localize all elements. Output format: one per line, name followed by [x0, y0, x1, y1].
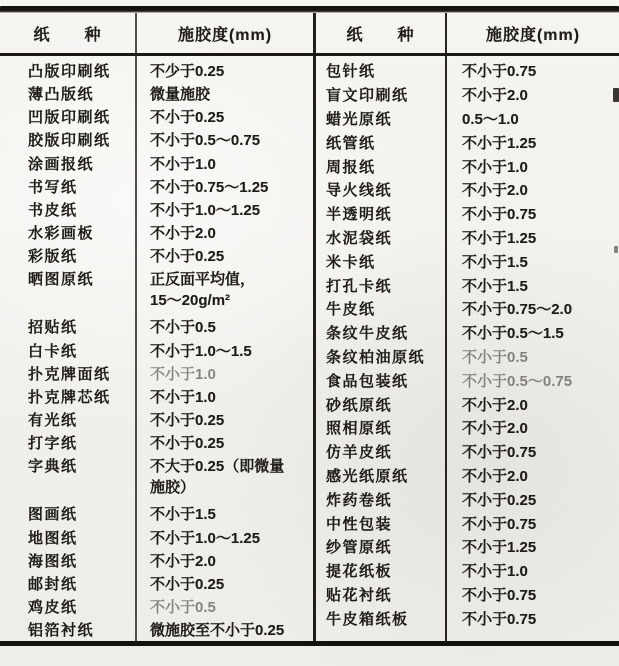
- sizing-value-cell: 不小于1.5: [137, 502, 313, 525]
- header-sizing-degree-right: 施胶度(mm): [445, 13, 619, 53]
- sizing-value-cell: 不小于1.0～1.5: [137, 339, 313, 362]
- sizing-value-cell: 不小于0.5: [137, 595, 313, 618]
- paper-type-cell: 仿羊皮纸: [316, 440, 445, 464]
- paper-type-cell: 字典纸: [0, 454, 135, 502]
- paper-type-cell: 贴花衬纸: [316, 583, 445, 607]
- paper-type-cell: 包针纸: [316, 59, 445, 83]
- paper-type-cell: 感光纸原纸: [316, 464, 445, 488]
- right-sizing-value-column: 不小于0.75不小于2.00.5～1.0不小于1.25不小于1.0不小于2.0不…: [445, 56, 619, 641]
- paper-type-cell: 铝箔衬纸: [0, 618, 135, 641]
- sizing-value-cell: 不小于1.0: [137, 385, 313, 408]
- paper-type-cell: 书写纸: [0, 175, 135, 198]
- sizing-value-cell: 不小于2.0: [137, 549, 313, 572]
- sizing-value-cell: 不小于1.25: [447, 535, 619, 559]
- paper-type-cell: 扑克牌芯纸: [0, 385, 135, 408]
- sizing-value-cell: 不小于0.75: [447, 583, 619, 607]
- sizing-value-cell: 不小于2.0: [447, 416, 619, 440]
- paper-type-cell: 蜡光原纸: [316, 107, 445, 131]
- paper-type-cell: 图画纸: [0, 502, 135, 525]
- paper-type-cell: 白卡纸: [0, 339, 135, 362]
- sizing-value-cell: 0.5～1.0: [447, 107, 619, 131]
- paper-type-cell: 彩版纸: [0, 244, 135, 267]
- paper-type-cell: 打孔卡纸: [316, 273, 445, 297]
- paper-type-cell: 水泥袋纸: [316, 226, 445, 250]
- sizing-value-cell: 不小于1.0: [137, 152, 313, 175]
- paper-type-cell: 薄凸版纸: [0, 82, 135, 105]
- sizing-value-cell: 不小于0.25: [447, 487, 619, 511]
- paper-type-cell: 条纹柏油原纸: [316, 345, 445, 369]
- sizing-value-cell: 不小于0.5～0.75: [447, 368, 619, 392]
- sizing-value-cell: 不小于0.75: [447, 440, 619, 464]
- paper-type-cell: 打字纸: [0, 431, 135, 454]
- paper-type-cell: 纱管原纸: [316, 535, 445, 559]
- paper-type-cell: 凸版印刷纸: [0, 59, 135, 82]
- sizing-value-cell: 不小于0.25: [137, 105, 313, 128]
- paper-type-cell: 扑克牌面纸: [0, 362, 135, 385]
- sizing-value-cell: 不小于0.5: [137, 315, 313, 338]
- scanned-table-page: 纸 种 施胶度(mm) 纸 种 施胶度(mm) 凸版印刷纸薄凸版纸凹版印刷纸胶版…: [0, 0, 619, 666]
- sizing-value-cell: 不小于1.0～1.25: [137, 198, 313, 221]
- header-sizing-degree-left: 施胶度(mm): [135, 13, 313, 53]
- sizing-value-cell: 不小于1.0～1.25: [137, 526, 313, 549]
- paper-type-cell: 凹版印刷纸: [0, 105, 135, 128]
- paper-type-cell: 水彩画板: [0, 221, 135, 244]
- paper-type-cell: 牛皮箱纸板: [316, 606, 445, 630]
- sizing-value-cell: 不大于0.25（即微量 施胶）: [137, 454, 313, 502]
- sizing-value-cell: 不少于0.25: [137, 59, 313, 82]
- paper-type-cell: 盲文印刷纸: [316, 83, 445, 107]
- paper-type-cell: 晒图原纸: [0, 267, 135, 315]
- sizing-value-cell: 不小于0.75: [447, 202, 619, 226]
- paper-type-cell: 导火线纸: [316, 178, 445, 202]
- table-body: 凸版印刷纸薄凸版纸凹版印刷纸胶版印刷纸涂画报纸书写纸书皮纸水彩画板彩版纸晒图原纸…: [0, 56, 619, 641]
- sizing-value-cell: 不小于0.25: [137, 431, 313, 454]
- paper-type-cell: 提花纸板: [316, 559, 445, 583]
- right-paper-type-column: 包针纸盲文印刷纸蜡光原纸纸管纸周报纸导火线纸半透明纸水泥袋纸米卡纸打孔卡纸牛皮纸…: [313, 56, 445, 641]
- paper-type-cell: 炸药卷纸: [316, 487, 445, 511]
- sizing-value-cell: 不小于0.75: [447, 59, 619, 83]
- sizing-value-cell: 不小于0.25: [137, 572, 313, 595]
- sizing-value-cell: 不小于0.75～2.0: [447, 297, 619, 321]
- sizing-value-cell: 不小于0.25: [137, 244, 313, 267]
- sizing-value-cell: 不小于0.25: [137, 408, 313, 431]
- sizing-value-cell: 不小于2.0: [447, 178, 619, 202]
- sizing-value-cell: 不小于1.5: [447, 273, 619, 297]
- paper-type-cell: 有光纸: [0, 408, 135, 431]
- sizing-value-cell: 不小于2.0: [137, 221, 313, 244]
- sizing-value-cell: 不小于2.0: [447, 83, 619, 107]
- paper-type-cell: 半透明纸: [316, 202, 445, 226]
- paper-type-cell: 涂画报纸: [0, 152, 135, 175]
- paper-type-cell: 米卡纸: [316, 249, 445, 273]
- paper-type-cell: 砂纸原纸: [316, 392, 445, 416]
- table-top-rule: [0, 6, 619, 13]
- paper-type-cell: 胶版印刷纸: [0, 128, 135, 151]
- left-sizing-value-column: 不少于0.25微量施胶不小于0.25不小于0.5～0.75不小于1.0不小于0.…: [135, 56, 313, 641]
- table-header-row: 纸 种 施胶度(mm) 纸 种 施胶度(mm): [0, 13, 619, 53]
- sizing-value-cell: 不小于2.0: [447, 464, 619, 488]
- sizing-value-cell: 不小于2.0: [447, 392, 619, 416]
- sizing-value-cell: 正反面平均值， 15～20g/m²: [137, 267, 313, 315]
- sizing-value-cell: 不小于1.25: [447, 130, 619, 154]
- paper-type-cell: 照相原纸: [316, 416, 445, 440]
- sizing-value-cell: 不小于0.5～0.75: [137, 128, 313, 151]
- paper-type-cell: 海图纸: [0, 549, 135, 572]
- paper-type-cell: 条纹牛皮纸: [316, 321, 445, 345]
- paper-type-cell: 鸡皮纸: [0, 595, 135, 618]
- sizing-value-cell: 不小于0.5: [447, 345, 619, 369]
- sizing-value-cell: 不小于1.0: [447, 559, 619, 583]
- sizing-value-cell: 不小于1.0: [137, 362, 313, 385]
- paper-type-cell: 中性包装: [316, 511, 445, 535]
- sizing-value-cell: 不小于0.75: [447, 606, 619, 630]
- paper-type-cell: 书皮纸: [0, 198, 135, 221]
- paper-type-cell: 食品包装纸: [316, 368, 445, 392]
- left-paper-type-column: 凸版印刷纸薄凸版纸凹版印刷纸胶版印刷纸涂画报纸书写纸书皮纸水彩画板彩版纸晒图原纸…: [0, 56, 135, 641]
- paper-type-cell: 周报纸: [316, 154, 445, 178]
- sizing-value-cell: 不小于1.0: [447, 154, 619, 178]
- paper-type-cell: 地图纸: [0, 526, 135, 549]
- sizing-value-cell: 微量施胶: [137, 82, 313, 105]
- header-paper-type-left: 纸 种: [0, 13, 135, 53]
- paper-type-cell: 纸管纸: [316, 130, 445, 154]
- sizing-value-cell: 不小于0.75～1.25: [137, 175, 313, 198]
- paper-type-cell: 邮封纸: [0, 572, 135, 595]
- sizing-value-cell: 不小于1.5: [447, 249, 619, 273]
- sizing-value-cell: 不小于0.75: [447, 511, 619, 535]
- sizing-value-cell: 不小于1.25: [447, 226, 619, 250]
- header-paper-type-right: 纸 种: [313, 13, 445, 53]
- sizing-value-cell: 不小于0.5～1.5: [447, 321, 619, 345]
- paper-type-cell: 牛皮纸: [316, 297, 445, 321]
- sizing-value-cell: 微施胶至不小于0.25: [137, 618, 313, 641]
- table-bottom-rule: [0, 641, 619, 646]
- paper-type-cell: 招贴纸: [0, 315, 135, 338]
